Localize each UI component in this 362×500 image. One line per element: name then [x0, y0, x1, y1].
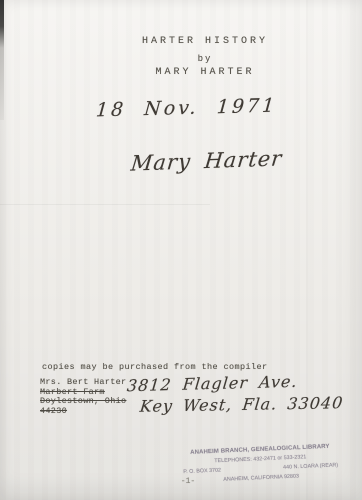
purchase-note: copies may be purchased from the compile… — [42, 362, 268, 372]
page-number: -1- — [173, 477, 203, 486]
document-title: HARTER HISTORY — [48, 36, 362, 47]
compiler-address-block: Mrs. Bert Harter Marbert Farm Doylestown… — [40, 378, 126, 416]
handwritten-address-line2: Key West, Fla. 33040 — [139, 393, 344, 416]
library-stamp: ANAHEIM BRANCH, GENEALOGICAL LIBRARY TEL… — [181, 441, 340, 486]
author-name: MARY HARTER — [48, 67, 362, 78]
handwritten-date: 18 Nov. 1971 — [95, 95, 278, 122]
signature: Mary Harter — [130, 146, 284, 175]
scanned-document-page: { "document": { "title": "HARTER HISTORY… — [0, 0, 362, 500]
handwritten-address-line1: 3812 Flagler Ave. — [126, 372, 298, 396]
struck-address-line: 44230 — [40, 407, 126, 417]
byline: by — [48, 54, 362, 64]
stamp-po-box: P. O. BOX 3702 — [183, 465, 221, 476]
paper-crease — [0, 204, 210, 205]
scan-edge-mark — [0, 0, 4, 120]
